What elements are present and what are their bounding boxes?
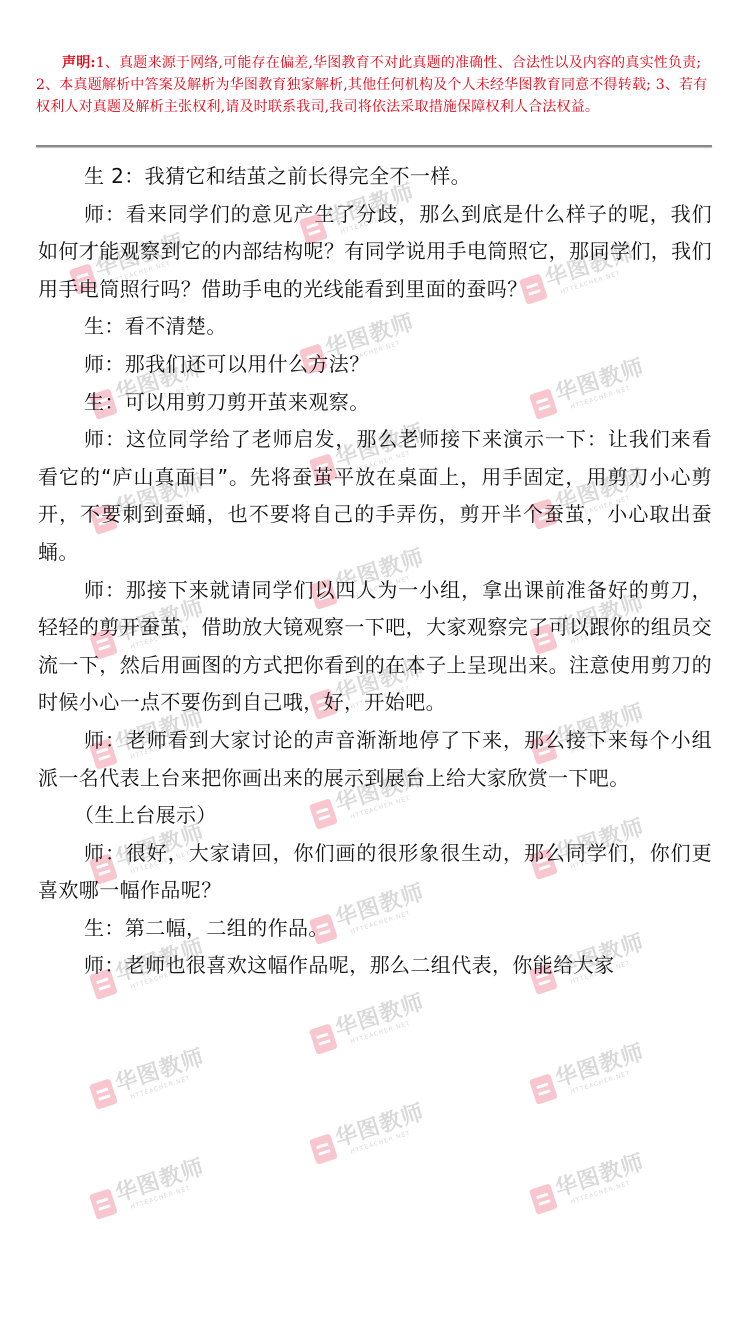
- paragraph: 生 2：我猜它和结茧之前长得完全不一样。: [38, 158, 712, 196]
- watermark-brand-en: HTTEACHER.NET: [350, 1125, 430, 1156]
- watermark-brand-en: HTTEACHER.NET: [130, 1070, 210, 1101]
- watermark: 华图教师HTTEACHER.NET: [86, 1038, 215, 1121]
- paragraph: 生：第二幅，二组的作品。: [38, 910, 712, 948]
- paragraph: 生：看不清楚。: [38, 308, 712, 346]
- paragraph: 师：那接下来就请同学们以四人为一小组，拿出课前准备好的剪刀，轻轻的剪开蚕茧，借助…: [38, 572, 712, 722]
- header-divider: [36, 145, 712, 147]
- watermark-logo-icon: [89, 1078, 118, 1110]
- paragraph: 师：老师也很喜欢这幅作品呢，那么二组代表，你能给大家: [38, 947, 712, 985]
- watermark-logo-icon: [309, 1023, 338, 1055]
- watermark-brand: 华图教师: [333, 992, 427, 1041]
- disclaimer-text: 1、真题来源于网络,可能存在偏差,华图教育不对此真题的准确性、合法性以及内容的真…: [36, 55, 707, 115]
- watermark: 华图教师HTTEACHER.NET: [526, 1033, 655, 1116]
- watermark: 华图教师HTTEACHER.NET: [86, 1148, 215, 1231]
- paragraph: 师：这位同学给了老师启发，那么老师接下来演示一下：让我们来看看它的“庐山真面目”…: [38, 421, 712, 571]
- watermark-logo-icon: [529, 1183, 558, 1215]
- lesson-transcript: 生 2：我猜它和结茧之前长得完全不一样。 师：看来同学们的意见产生了分歧，那么到…: [38, 158, 712, 985]
- watermark: 华图教师HTTEACHER.NET: [306, 1093, 435, 1176]
- watermark-logo-icon: [309, 1133, 338, 1165]
- watermark-logo-icon: [89, 1188, 118, 1220]
- watermark-brand: 华图教师: [113, 1157, 207, 1206]
- watermark-brand: 华图教师: [553, 1042, 647, 1091]
- watermark-brand: 华图教师: [553, 1152, 647, 1201]
- watermark-brand: 华图教师: [113, 1047, 207, 1096]
- watermark: 华图教师HTTEACHER.NET: [526, 1143, 655, 1226]
- watermark-brand-en: HTTEACHER.NET: [570, 1065, 650, 1096]
- watermark-brand-en: HTTEACHER.NET: [570, 1175, 650, 1206]
- watermark: 华图教师HTTEACHER.NET: [306, 983, 435, 1066]
- watermark-brand: 华图教师: [333, 1102, 427, 1151]
- paragraph: 师：那我们还可以用什么方法？: [38, 346, 712, 384]
- paragraph: 师：看来同学们的意见产生了分歧，那么到底是什么样子的呢，我们如何才能观察到它的内…: [38, 196, 712, 309]
- disclaimer-label: 声明:: [62, 55, 96, 71]
- paragraph: 师：很好，大家请回，你们画的很形象很生动，那么同学们，你们更喜欢哪一幅作品呢？: [38, 835, 712, 910]
- paragraph: （生上台展示）: [38, 797, 712, 835]
- paragraph: 师：老师看到大家讨论的声音渐渐地停了下来，那么接下来每个小组派一名代表上台来把你…: [38, 722, 712, 797]
- watermark-brand-en: HTTEACHER.NET: [130, 1180, 210, 1211]
- watermark-brand-en: HTTEACHER.NET: [350, 1015, 430, 1046]
- watermark-logo-icon: [529, 1073, 558, 1105]
- copyright-disclaimer: 声明:1、真题来源于网络,可能存在偏差,华图教育不对此真题的准确性、合法性以及内…: [36, 52, 712, 118]
- paragraph: 生：可以用剪刀剪开茧来观察。: [38, 384, 712, 422]
